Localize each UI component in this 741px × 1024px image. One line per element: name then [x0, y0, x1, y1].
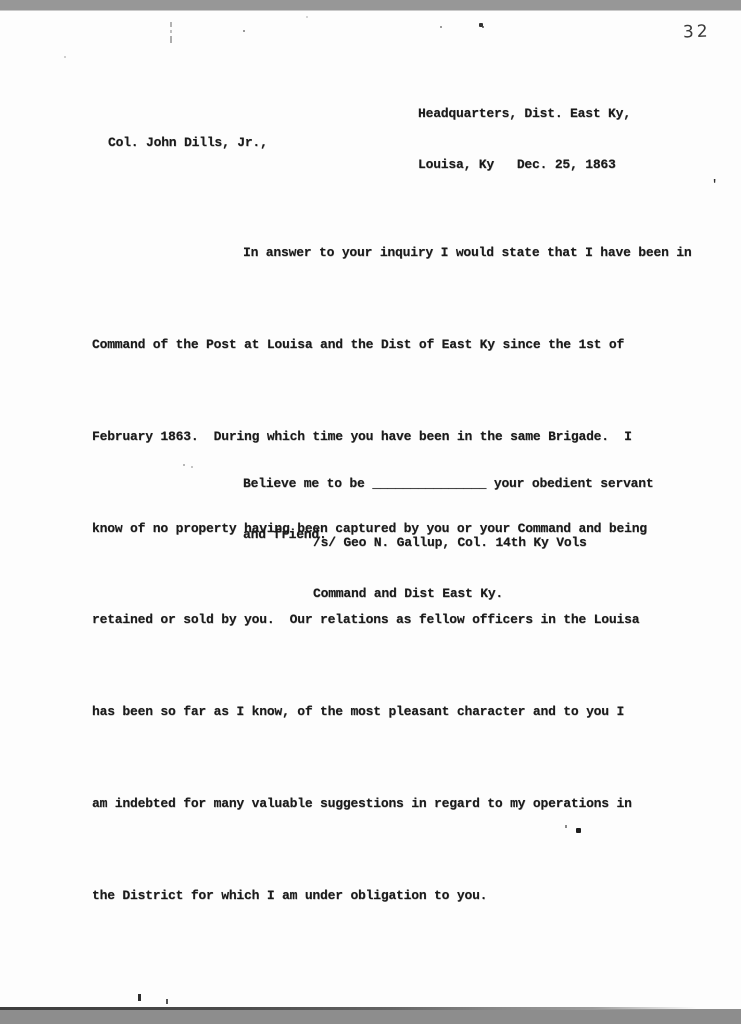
- scan-artifact: [576, 828, 581, 833]
- heading-line-1: Headquarters, Dist. East Ky,: [418, 105, 631, 122]
- closing-line-1: Believe me to be _______________ your ob…: [243, 475, 653, 492]
- scanner-edge-shadow: [0, 1007, 741, 1010]
- scanner-edge-top-bar: [0, 0, 741, 11]
- scan-artifact: [183, 464, 185, 466]
- signature-line-2: Command and Dist East Ky.: [313, 585, 587, 602]
- signature-block: /s/ Geo N. Gallup, Col. 14th Ky Vols Com…: [313, 499, 587, 637]
- salutation: Col. John Dills, Jr.,: [108, 134, 268, 151]
- scan-artifact: [138, 994, 141, 1001]
- stray-ink-mark: ': [711, 178, 718, 192]
- body-line: am indebted for many valuable suggestion…: [92, 789, 691, 820]
- scan-artifact: [170, 22, 172, 27]
- scan-artifact: [170, 30, 172, 33]
- body-line: has been so far as I know, of the most p…: [92, 697, 691, 728]
- scan-artifact: [243, 30, 245, 32]
- scan-artifact: [306, 16, 308, 18]
- handwritten-page-number: 32: [683, 22, 711, 43]
- scanner-edge-bottom-bar: [0, 1009, 741, 1024]
- scan-artifact: [440, 26, 442, 28]
- scan-artifact: [166, 999, 168, 1004]
- signature-line-1: /s/ Geo N. Gallup, Col. 14th Ky Vols: [313, 534, 587, 551]
- body-line: In answer to your inquiry I would state …: [92, 238, 691, 269]
- body-line: Command of the Post at Louisa and the Di…: [92, 330, 691, 361]
- scan-artifact: [64, 56, 66, 58]
- heading-line-2: Louisa, Ky Dec. 25, 1863: [418, 156, 631, 173]
- scan-artifact: [170, 36, 172, 43]
- scan-artifact: [479, 23, 483, 27]
- scan-artifact: [565, 825, 567, 828]
- body-line: the District for which I am under obliga…: [92, 881, 691, 912]
- scanned-letter-page: 32 Headquarters, Dist. East Ky, Louisa, …: [0, 0, 741, 1024]
